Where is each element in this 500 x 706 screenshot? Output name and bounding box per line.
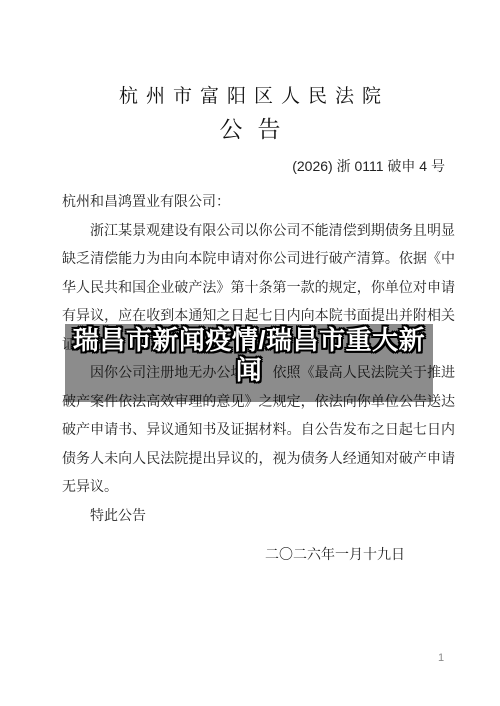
document-page: 杭州市富阳区人民法院 公告 (2026) 浙 0111 破申 4 号 杭州和昌鸿…	[0, 0, 500, 706]
watermark-overlay-text-line1: 瑞昌市新闻疫情/瑞昌市重大新	[65, 325, 433, 355]
watermark-overlay-band: 瑞昌市新闻疫情/瑞昌市重大新 闻	[65, 324, 433, 402]
case-number: (2026) 浙 0111 破申 4 号	[0, 158, 500, 175]
document-type-heading: 公告	[0, 117, 500, 143]
document-date: 二〇二六年一月十九日	[0, 544, 500, 564]
closing-line: 特此公告	[62, 501, 455, 530]
page-number: 1	[438, 652, 444, 664]
court-title: 杭州市富阳区人民法院	[0, 86, 500, 108]
recipient-line: 杭州和昌鸿置业有限公司：	[62, 187, 455, 216]
watermark-overlay-text-line2: 闻	[65, 355, 433, 385]
